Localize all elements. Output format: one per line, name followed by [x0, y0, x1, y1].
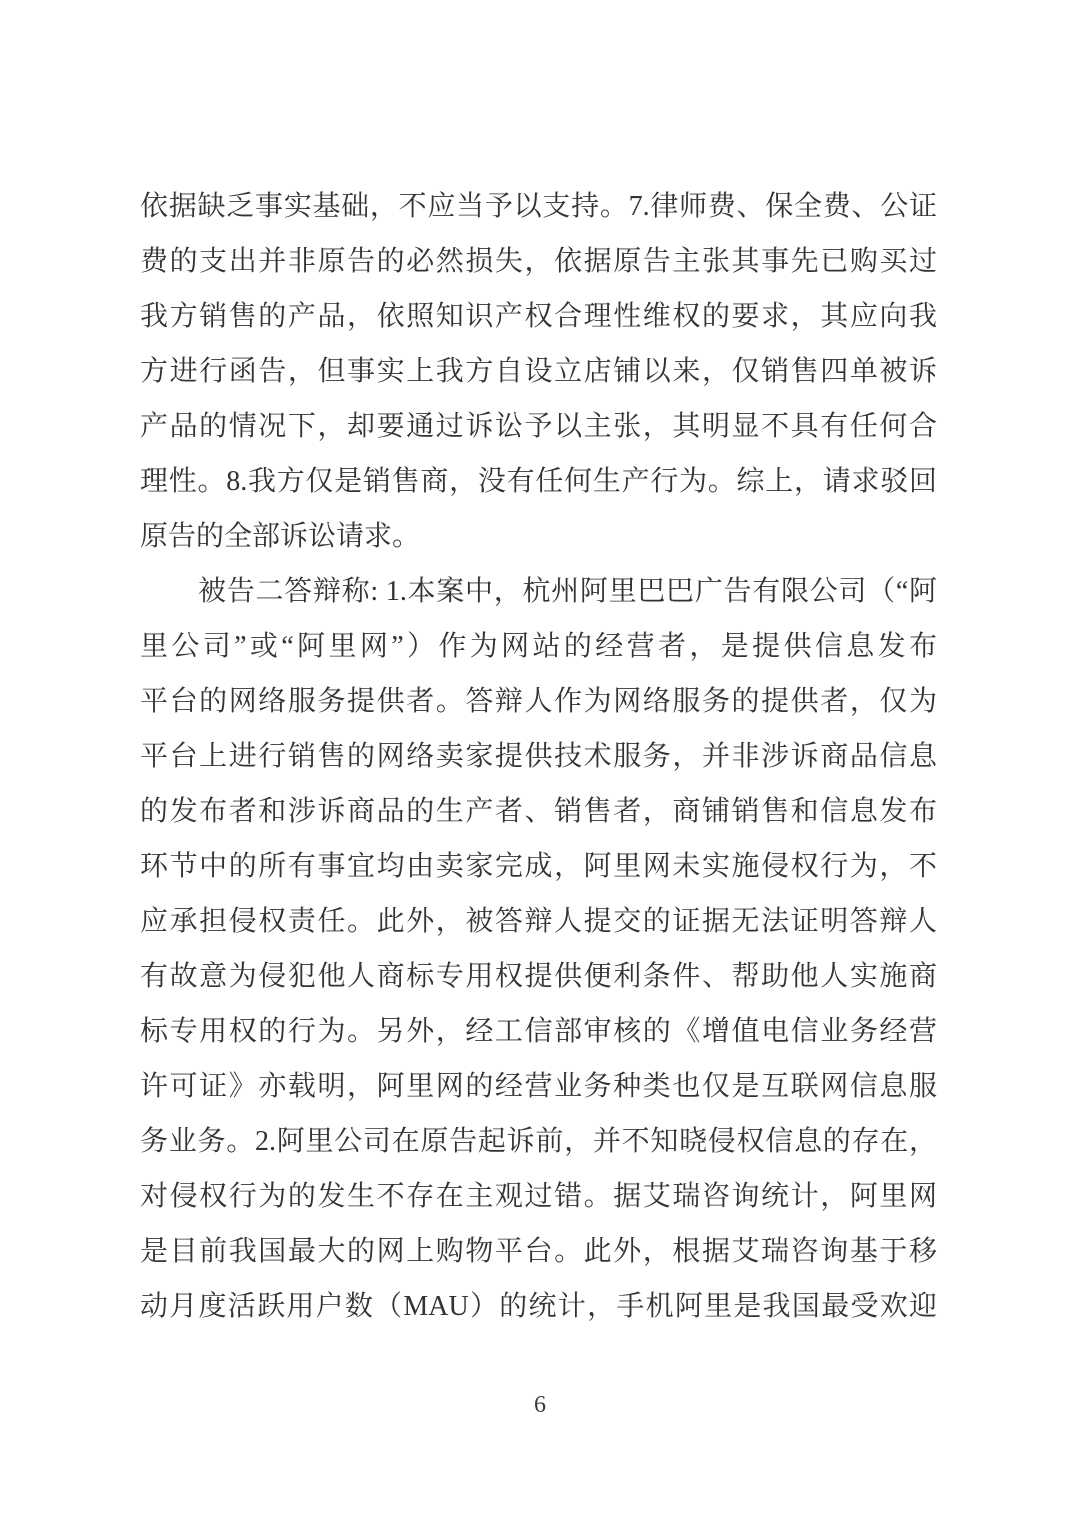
text-line: 对侵权行为的发生不存在主观过错。据艾瑞咨询统计，阿里网	[140, 1169, 937, 1224]
text-line: 动月度活跃用户数（MAU）的统计，手机阿里是我国最受欢迎	[140, 1279, 937, 1334]
text-line: 务业务。2.阿里公司在原告起诉前，并不知晓侵权信息的存在，	[140, 1114, 937, 1169]
text-line: 标专用权的行为。另外，经工信部审核的《增值电信业务经营	[140, 1004, 937, 1059]
text-line: 费的支出并非原告的必然损失，依据原告主张其事先已购买过	[140, 234, 937, 289]
text-line: 平台上进行销售的网络卖家提供技术服务，并非涉诉商品信息	[140, 729, 937, 784]
text-line: 产品的情况下，却要通过诉讼予以主张，其明显不具有任何合	[140, 399, 937, 454]
document-body: 依据缺乏事实基础，不应当予以支持。7.律师费、保全费、公证 费的支出并非原告的必…	[140, 179, 937, 1334]
text-line: 有故意为侵犯他人商标专用权提供便利条件、帮助他人实施商	[140, 949, 937, 1004]
text-line: 理性。8.我方仅是销售商，没有任何生产行为。综上，请求驳回	[140, 454, 937, 509]
text-line: 被告二答辩称: 1.本案中，杭州阿里巴巴广告有限公司（“阿	[140, 564, 937, 619]
text-line: 是目前我国最大的网上购物平台。此外，根据艾瑞咨询基于移	[140, 1224, 937, 1279]
document-page: 依据缺乏事实基础，不应当予以支持。7.律师费、保全费、公证 费的支出并非原告的必…	[0, 0, 1080, 1527]
text-line: 方进行函告，但事实上我方自设立店铺以来，仅销售四单被诉	[140, 344, 937, 399]
text-line: 的发布者和涉诉商品的生产者、销售者，商铺销售和信息发布	[140, 784, 937, 839]
text-line: 我方销售的产品，依照知识产权合理性维权的要求，其应向我	[140, 289, 937, 344]
text-line: 应承担侵权责任。此外，被答辩人提交的证据无法证明答辩人	[140, 894, 937, 949]
text-line: 依据缺乏事实基础，不应当予以支持。7.律师费、保全费、公证	[140, 179, 937, 234]
text-line: 里公司”或“阿里网”）作为网站的经营者，是提供信息发布	[140, 619, 937, 674]
page-number: 6	[0, 1392, 1080, 1419]
text-line: 许可证》亦载明，阿里网的经营业务种类也仅是互联网信息服	[140, 1059, 937, 1114]
text-line: 平台的网络服务提供者。答辩人作为网络服务的提供者，仅为	[140, 674, 937, 729]
text-line: 环节中的所有事宜均由卖家完成，阿里网未实施侵权行为，不	[140, 839, 937, 894]
text-line: 原告的全部诉讼请求。	[140, 509, 937, 564]
